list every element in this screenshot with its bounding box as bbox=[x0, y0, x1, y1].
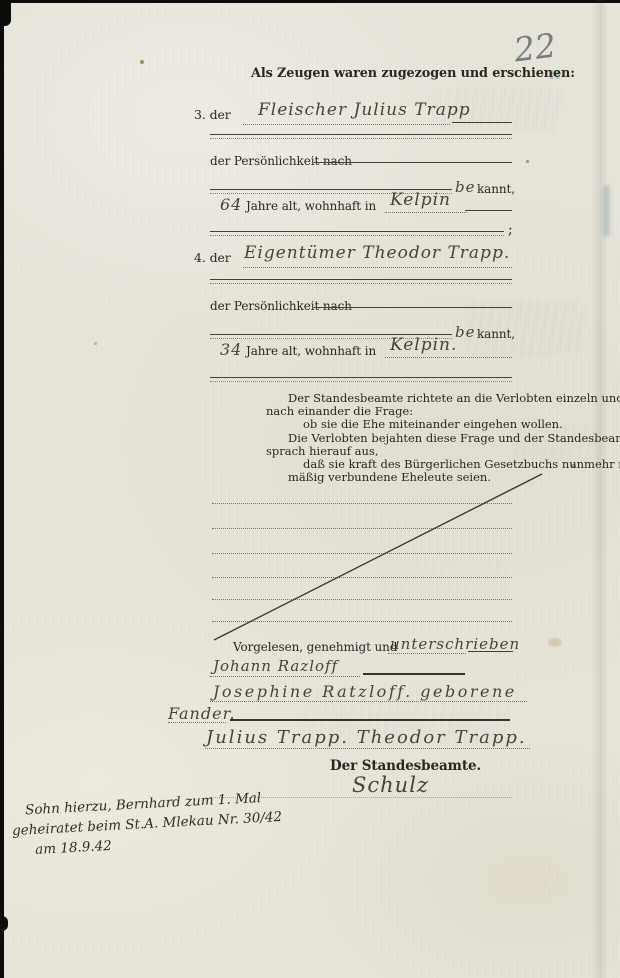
ruled-line bbox=[210, 377, 512, 382]
ruled-line bbox=[363, 673, 465, 675]
witness3-age-handwritten: 64 bbox=[220, 195, 242, 214]
ruled-line bbox=[230, 719, 510, 721]
ruled-line bbox=[210, 701, 527, 702]
witness4-age-handwritten: 34 bbox=[220, 340, 242, 359]
registrar-title: Der Standesbeamte. bbox=[330, 758, 481, 774]
ruled-line bbox=[452, 122, 512, 123]
ruled-line bbox=[168, 722, 226, 723]
witness4-known-printed: kannt, bbox=[477, 327, 515, 341]
signature-groom: Johann Razloff bbox=[213, 657, 338, 675]
witness3-index: 3. der bbox=[194, 107, 231, 122]
ruled-line bbox=[210, 279, 512, 284]
scan-edge-left bbox=[0, 0, 4, 978]
witness3-name-handwritten: Fleischer Julius Trapp bbox=[258, 100, 471, 120]
paper-stain bbox=[140, 60, 144, 64]
ruled-line bbox=[465, 210, 512, 211]
witness3-known-printed: kannt, bbox=[477, 182, 515, 196]
witness3-known-handwritten: be bbox=[455, 178, 475, 196]
ruled-line bbox=[205, 748, 530, 749]
registry-document-page: 22 H Als Zeugen waren zugezogen und ersc… bbox=[0, 0, 620, 978]
ruled-line bbox=[385, 357, 512, 358]
ruled-line bbox=[468, 651, 513, 652]
paper-crease bbox=[592, 0, 608, 978]
witness3-age-label: Jahre alt, wohnhaft in bbox=[246, 199, 376, 213]
witness4-name-handwritten: Eigentümer Theodor Trapp. bbox=[244, 243, 510, 263]
paper-stain bbox=[548, 638, 562, 647]
ruled-line bbox=[243, 267, 512, 268]
witness3-identity-label: der Persönlichkeit nach bbox=[210, 154, 352, 168]
ruled-line bbox=[210, 231, 504, 236]
witness4-known-handwritten: be bbox=[455, 323, 475, 341]
ruled-line bbox=[385, 212, 467, 213]
signature-witnesses: Julius Trapp. Theodor Trapp. bbox=[206, 727, 527, 748]
closing-printed: Vorgelesen, genehmigt und bbox=[233, 640, 397, 654]
paper-stain bbox=[94, 342, 97, 345]
witness4-identity-label: der Persönlichkeit nach bbox=[210, 299, 352, 313]
ruled-line bbox=[210, 134, 512, 139]
paper-stain bbox=[526, 160, 529, 163]
declaration-line: ob sie die Ehe miteinander eingehen woll… bbox=[266, 418, 574, 431]
ruled-line bbox=[314, 307, 512, 308]
scan-corner-mark bbox=[0, 0, 11, 26]
ruled-line bbox=[388, 653, 466, 654]
registrar-signature: Schulz bbox=[352, 773, 429, 797]
ruled-line bbox=[243, 124, 450, 125]
signature-bride-maiden-name: Fander. bbox=[168, 704, 236, 723]
witness3-separator: ; bbox=[508, 222, 513, 238]
page-number: 22 bbox=[512, 26, 558, 70]
scan-notch-left bbox=[0, 916, 8, 931]
declaration-line: Die Verlobten bejahten diese Frage und d… bbox=[266, 432, 574, 445]
ruled-line bbox=[210, 676, 360, 677]
witness4-index: 4. der bbox=[194, 250, 231, 265]
signature-bride: Josephine Ratzloff. geborene bbox=[213, 682, 517, 701]
witness4-residence-handwritten: Kelpin. bbox=[390, 335, 457, 355]
blue-smudge bbox=[603, 185, 610, 237]
witness3-residence-handwritten: Kelpin bbox=[390, 190, 451, 210]
ruled-line bbox=[314, 162, 512, 163]
witness-section-heading: Als Zeugen waren zugezogen und erschiene… bbox=[251, 66, 575, 81]
margin-note: Sohn hierzu, Bernhard zum 1. Mal geheira… bbox=[11, 789, 284, 859]
witness4-age-label: Jahre alt, wohnhaft in bbox=[246, 344, 376, 358]
diagonal-strike-line bbox=[210, 470, 545, 645]
scan-edge-top bbox=[0, 0, 620, 3]
